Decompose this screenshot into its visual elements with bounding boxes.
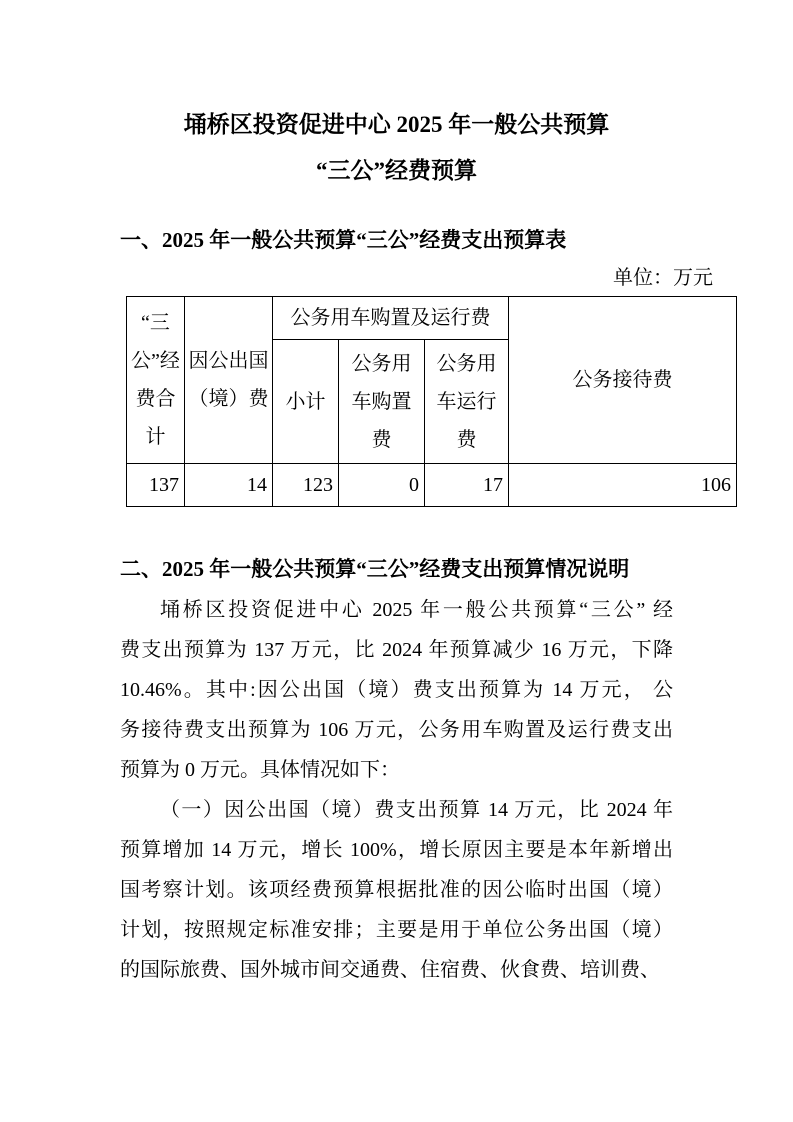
paragraph-2: （一）因公出国（境）费支出预算 14 万元，比 2024 年 预算增加 14 万…: [120, 790, 673, 990]
th-reception-fee: 公务接待费: [509, 297, 737, 464]
section2-heading: 二、2025 年一般公共预算“三公”经费支出预算情况说明: [120, 556, 680, 582]
th-vehicle-subtotal: 小计: [273, 340, 339, 464]
paragraph-line: 埇桥区投资促进中心 2025 年一般公共预算“三公” 经: [120, 590, 673, 630]
value-reception-fee: 106: [509, 464, 737, 507]
paragraph-1: 埇桥区投资促进中心 2025 年一般公共预算“三公” 经 费支出预算为 137 …: [120, 590, 673, 790]
th-abroad-fee: 因公出国（境）费: [185, 297, 273, 464]
paragraph-line: 预算为 0 万元。具体情况如下：: [120, 750, 673, 790]
th-sangong-total: “三公”经费合计: [127, 297, 185, 464]
section2-body: 埇桥区投资促进中心 2025 年一般公共预算“三公” 经 费支出预算为 137 …: [120, 590, 673, 990]
document-title-line1: 埇桥区投资促进中心 2025 年一般公共预算: [0, 102, 793, 148]
value-abroad-fee: 14: [185, 464, 273, 507]
value-vehicle-subtotal: 123: [273, 464, 339, 507]
value-vehicle-operation: 17: [425, 464, 509, 507]
paragraph-line: 的国际旅费、国外城市间交通费、住宿费、伙食费、培训费、: [120, 950, 673, 990]
paragraph-line: 国考察计划。该项经费预算根据批准的因公临时出国（境）: [120, 870, 673, 910]
paragraph-line: 务接待费支出预算为 106 万元，公务用车购置及运行费支出: [120, 710, 673, 750]
document-title: 埇桥区投资促进中心 2025 年一般公共预算 “三公”经费预算: [0, 102, 793, 194]
paragraph-line: 预算增加 14 万元，增长 100%，增长原因主要是本年新增出: [120, 830, 673, 870]
paragraph-line: 10.46%。其中:因公出国（境）费支出预算为 14 万元， 公: [120, 670, 673, 710]
paragraph-line: （一）因公出国（境）费支出预算 14 万元，比 2024 年: [120, 790, 673, 830]
budget-table: “三公”经费合计 因公出国（境）费 公务用车购置及运行费 公务接待费 小计 公务…: [126, 296, 737, 507]
section1-heading: 一、2025 年一般公共预算“三公”经费支出预算表: [120, 227, 680, 253]
document-title-line2: “三公”经费预算: [0, 148, 793, 194]
th-vehicle-group: 公务用车购置及运行费: [273, 297, 509, 340]
document-page: 埇桥区投资促进中心 2025 年一般公共预算 “三公”经费预算 一、2025 年…: [0, 0, 793, 1122]
th-vehicle-purchase: 公务用车购置费: [339, 340, 425, 464]
value-sangong-total: 137: [127, 464, 185, 507]
paragraph-line: 计划，按照规定标准安排；主要是用于单位公务出国（境）: [120, 910, 673, 950]
unit-note: 单位：万元: [0, 261, 713, 290]
value-vehicle-purchase: 0: [339, 464, 425, 507]
paragraph-line: 费支出预算为 137 万元，比 2024 年预算减少 16 万元，下降: [120, 630, 673, 670]
th-vehicle-operation: 公务用车运行费: [425, 340, 509, 464]
